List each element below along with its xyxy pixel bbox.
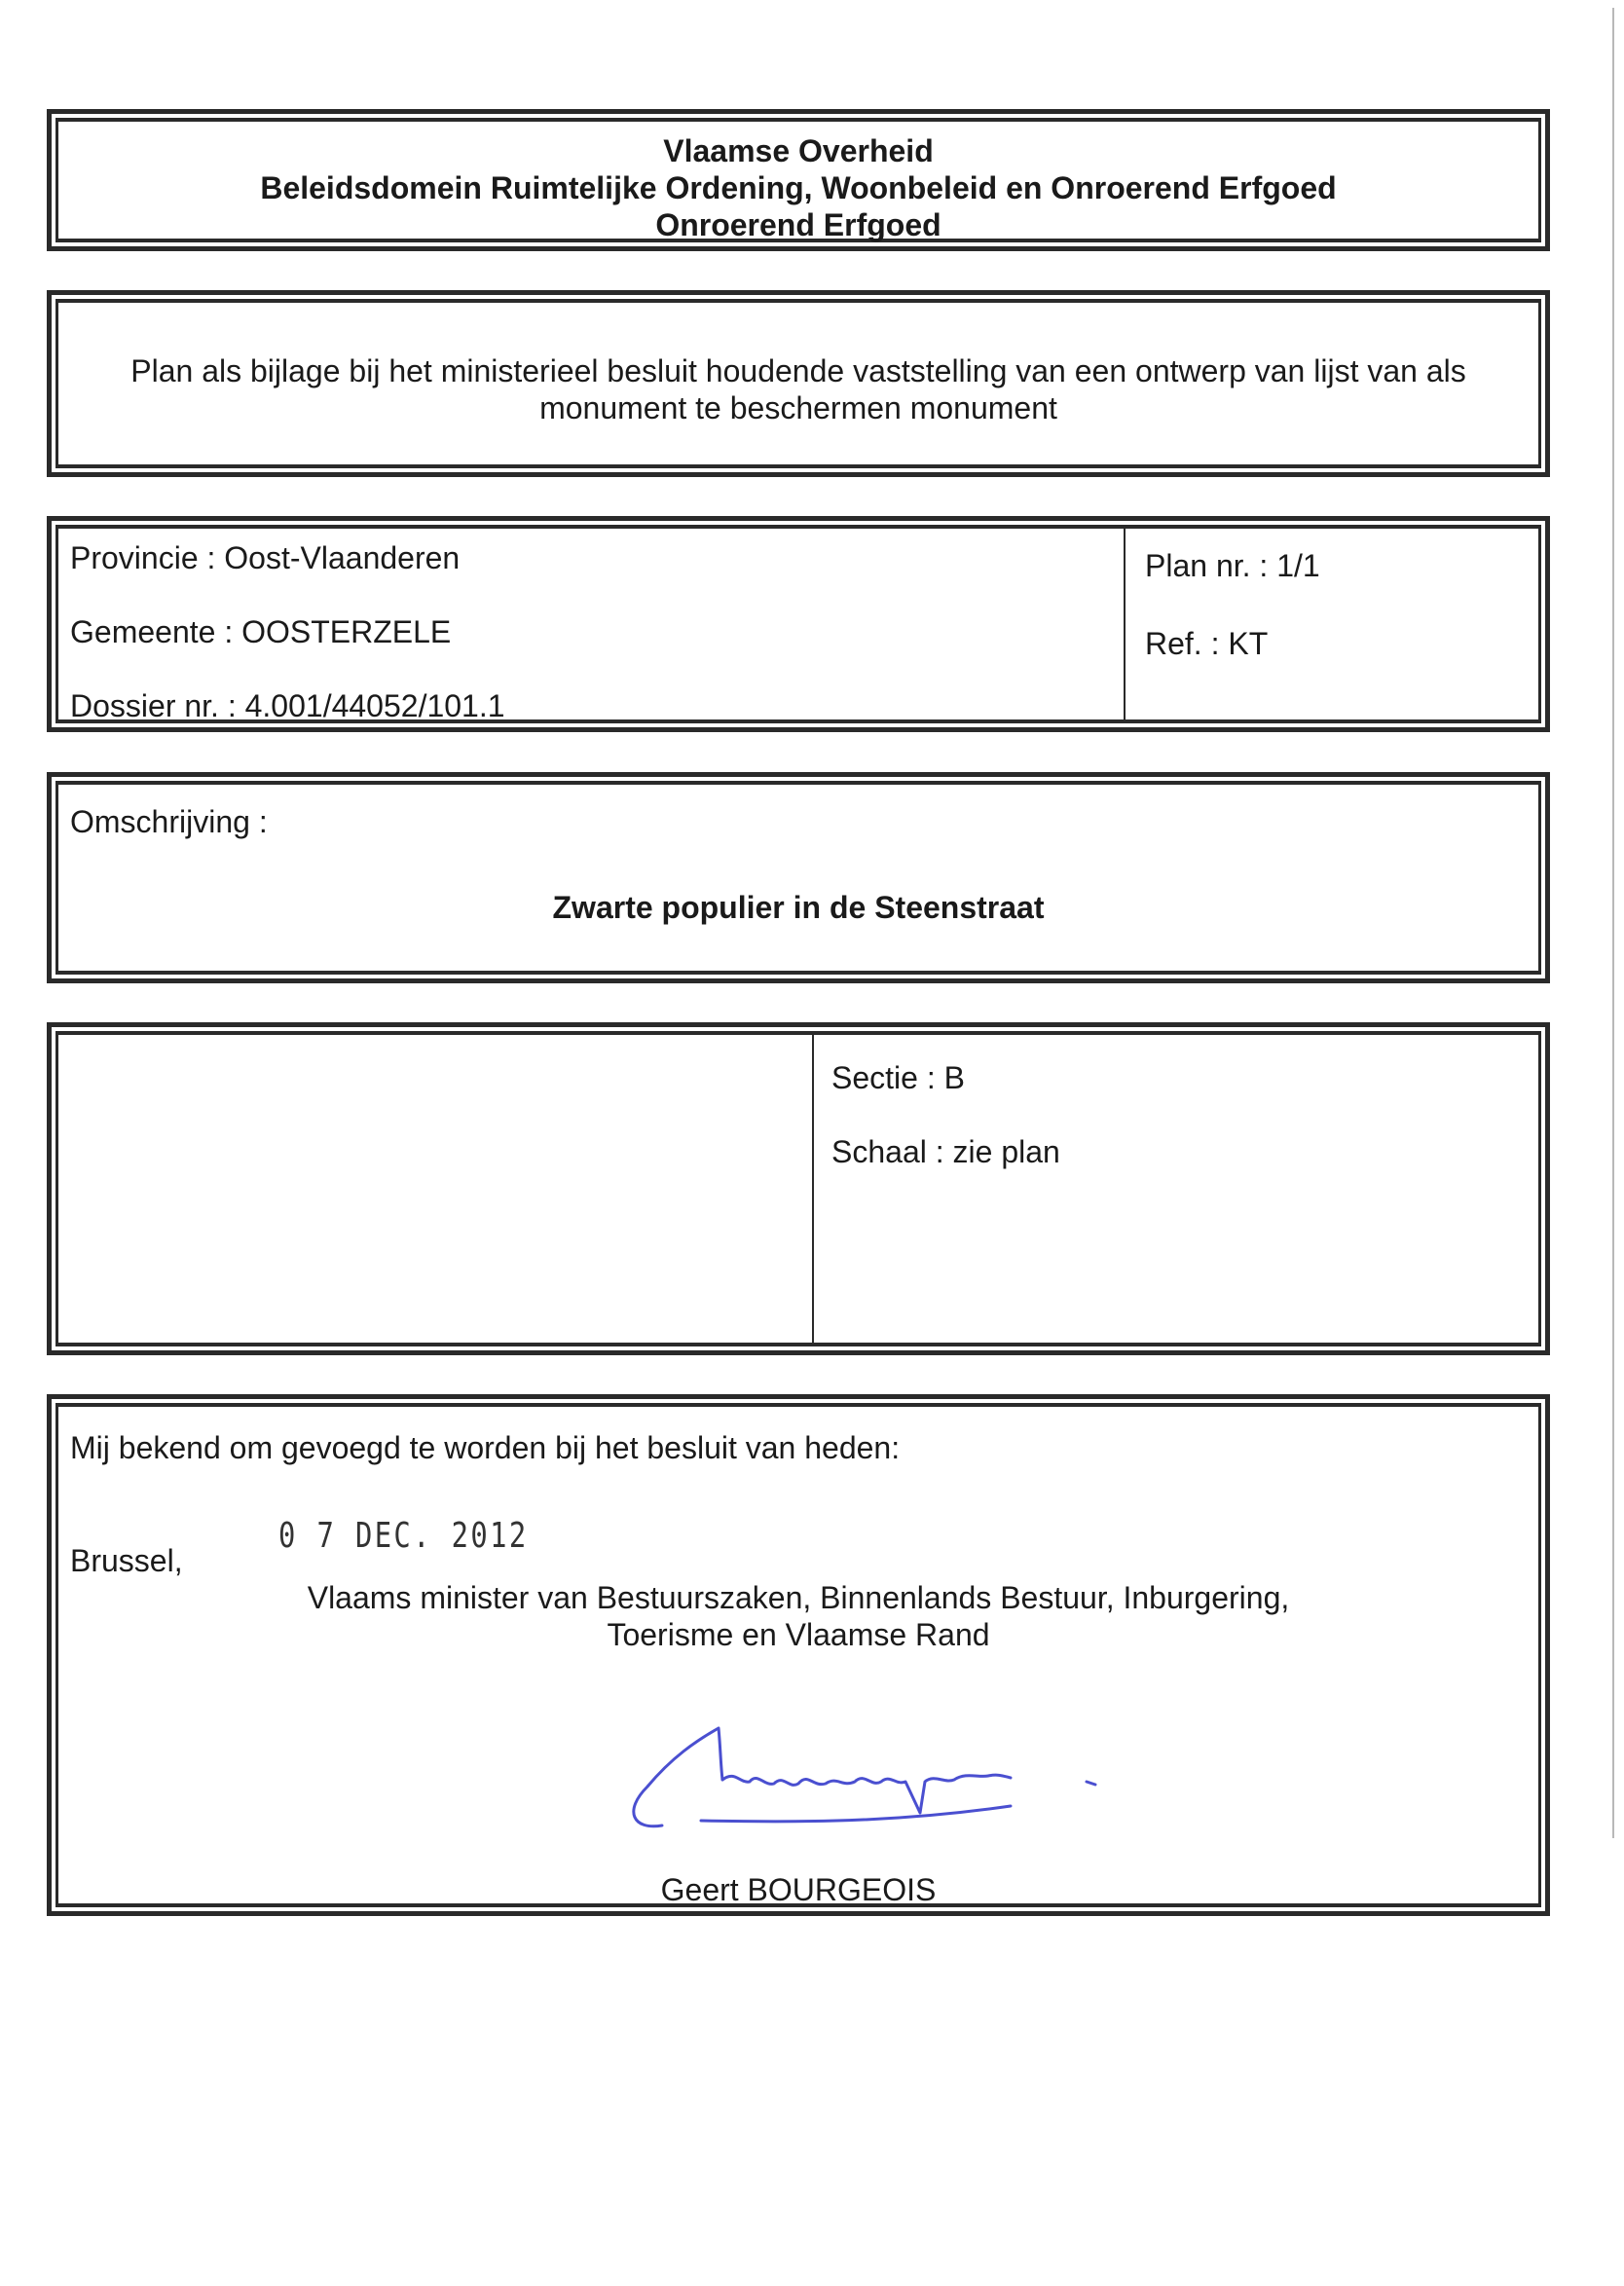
header-line-2: Beleidsdomein Ruimtelijke Ordening, Woon… bbox=[58, 170, 1538, 206]
plan-nr-field: Plan nr. : 1/1 bbox=[1145, 548, 1320, 584]
dossier-field: Dossier nr. : 4.001/44052/101.1 bbox=[70, 688, 505, 724]
details-box-inner: Provincie : Oost-Vlaanderen Gemeente : O… bbox=[55, 525, 1541, 723]
subject-line-1: Plan als bijlage bij het ministerieel be… bbox=[58, 353, 1538, 389]
subject-box-inner: Plan als bijlage bij het ministerieel be… bbox=[55, 299, 1541, 468]
signatory-name: Geert BOURGEOIS bbox=[58, 1872, 1538, 1908]
minister-title-line-1: Vlaams minister van Bestuurszaken, Binne… bbox=[58, 1580, 1538, 1616]
gemeente-field: Gemeente : OOSTERZELE bbox=[70, 614, 451, 650]
header-box: Vlaamse Overheid Beleidsdomein Ruimtelij… bbox=[47, 109, 1550, 251]
description-value: Zwarte populier in de Steenstraat bbox=[58, 890, 1538, 926]
provincie-field: Provincie : Oost-Vlaanderen bbox=[70, 540, 460, 576]
description-box-inner: Omschrijving : Zwarte populier in de Ste… bbox=[55, 781, 1541, 975]
approval-statement: Mij bekend om gevoegd te worden bij het … bbox=[70, 1430, 900, 1466]
sectie-field: Sectie : B bbox=[831, 1060, 965, 1096]
description-box: Omschrijving : Zwarte populier in de Ste… bbox=[47, 772, 1550, 983]
scan-edge-line bbox=[1612, 8, 1614, 1838]
header-line-1: Vlaamse Overheid bbox=[58, 133, 1538, 169]
minister-title-line-2: Toerisme en Vlaamse Rand bbox=[58, 1617, 1538, 1653]
header-box-inner: Vlaamse Overheid Beleidsdomein Ruimtelij… bbox=[55, 118, 1541, 242]
section-box-inner: Sectie : B Schaal : zie plan bbox=[55, 1031, 1541, 1346]
details-divider bbox=[1124, 529, 1126, 719]
details-box: Provincie : Oost-Vlaanderen Gemeente : O… bbox=[47, 516, 1550, 732]
header-line-3: Onroerend Erfgoed bbox=[58, 207, 1538, 243]
date-stamp: 0 7 DEC. 2012 bbox=[278, 1516, 529, 1556]
description-label: Omschrijving : bbox=[70, 804, 268, 840]
ref-field: Ref. : KT bbox=[1145, 626, 1268, 662]
section-divider bbox=[812, 1035, 814, 1343]
signature-icon bbox=[604, 1694, 1285, 1850]
subject-box: Plan als bijlage bij het ministerieel be… bbox=[47, 290, 1550, 477]
section-box: Sectie : B Schaal : zie plan bbox=[47, 1022, 1550, 1355]
schaal-field: Schaal : zie plan bbox=[831, 1134, 1060, 1170]
subject-line-2: monument te beschermen monument bbox=[58, 390, 1538, 426]
place-label: Brussel, bbox=[70, 1543, 183, 1579]
